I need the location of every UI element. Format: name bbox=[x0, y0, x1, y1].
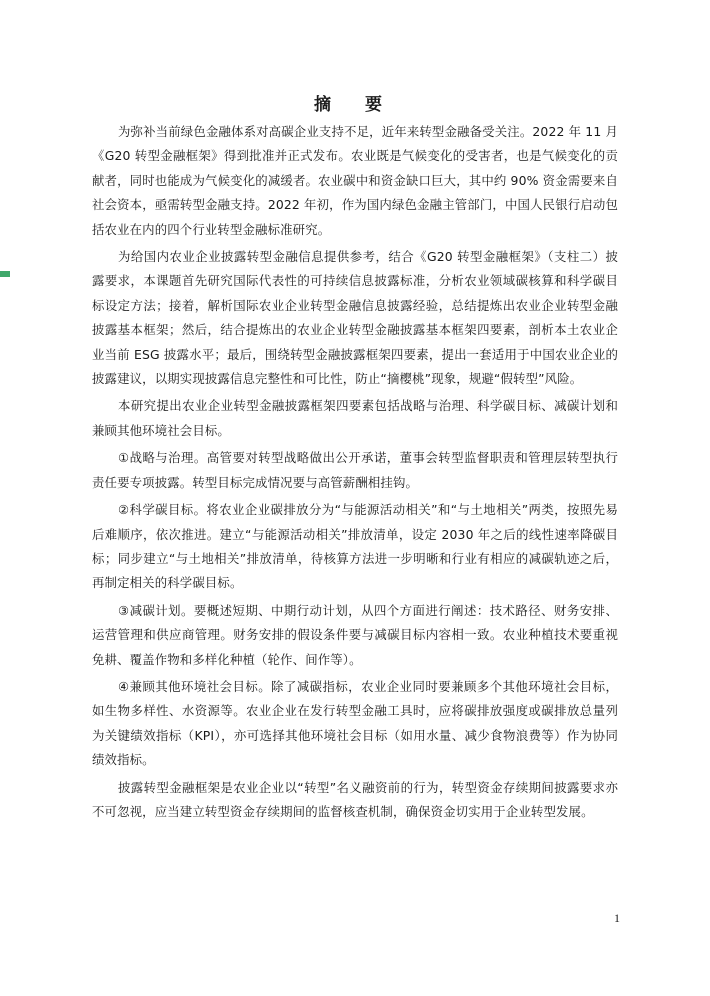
side-bookmark-marker bbox=[0, 271, 10, 277]
paragraph-science-target: ②科学碳目标。将农业企业碳排放分为“与能源活动相关”和“与土地相关”两类，按照先… bbox=[92, 498, 618, 596]
paragraph-background: 为弥补当前绿色金融体系对高碳企业支持不足，近年来转型金融备受关注。2022 年 … bbox=[92, 120, 618, 242]
paragraph-conclusion: 披露转型金融框架是农业企业以“转型”名义融资前的行为，转型资金存续期间披露要求亦… bbox=[92, 776, 618, 825]
paragraph-strategy-governance: ①战略与治理。高管要对转型战略做出公开承诺，董事会转型监督职责和管理层转型执行责… bbox=[92, 446, 618, 495]
paragraph-reduction-plan: ③减碳计划。要概述短期、中期行动计划，从四个方面进行阐述：技术路径、财务安排、运… bbox=[92, 599, 618, 672]
document-page: 摘 要 为弥补当前绿色金融体系对高碳企业支持不足，近年来转型金融备受关注。202… bbox=[0, 0, 710, 996]
paragraph-method: 为给国内农业企业披露转型金融信息提供参考，结合《G20 转型金融框架》（支柱二）… bbox=[92, 245, 618, 391]
paragraph-other-goals: ④兼顾其他环境社会目标。除了减碳指标，农业企业同时要兼顾多个其他环境社会目标，如… bbox=[92, 675, 618, 773]
abstract-body: 为弥补当前绿色金融体系对高碳企业支持不足，近年来转型金融备受关注。2022 年 … bbox=[92, 120, 618, 824]
paragraph-framework-summary: 本研究提出农业企业转型金融披露框架四要素包括战略与治理、科学碳目标、减碳计划和兼… bbox=[92, 394, 618, 443]
abstract-title: 摘 要 bbox=[0, 90, 710, 115]
page-number: 1 bbox=[614, 911, 620, 926]
